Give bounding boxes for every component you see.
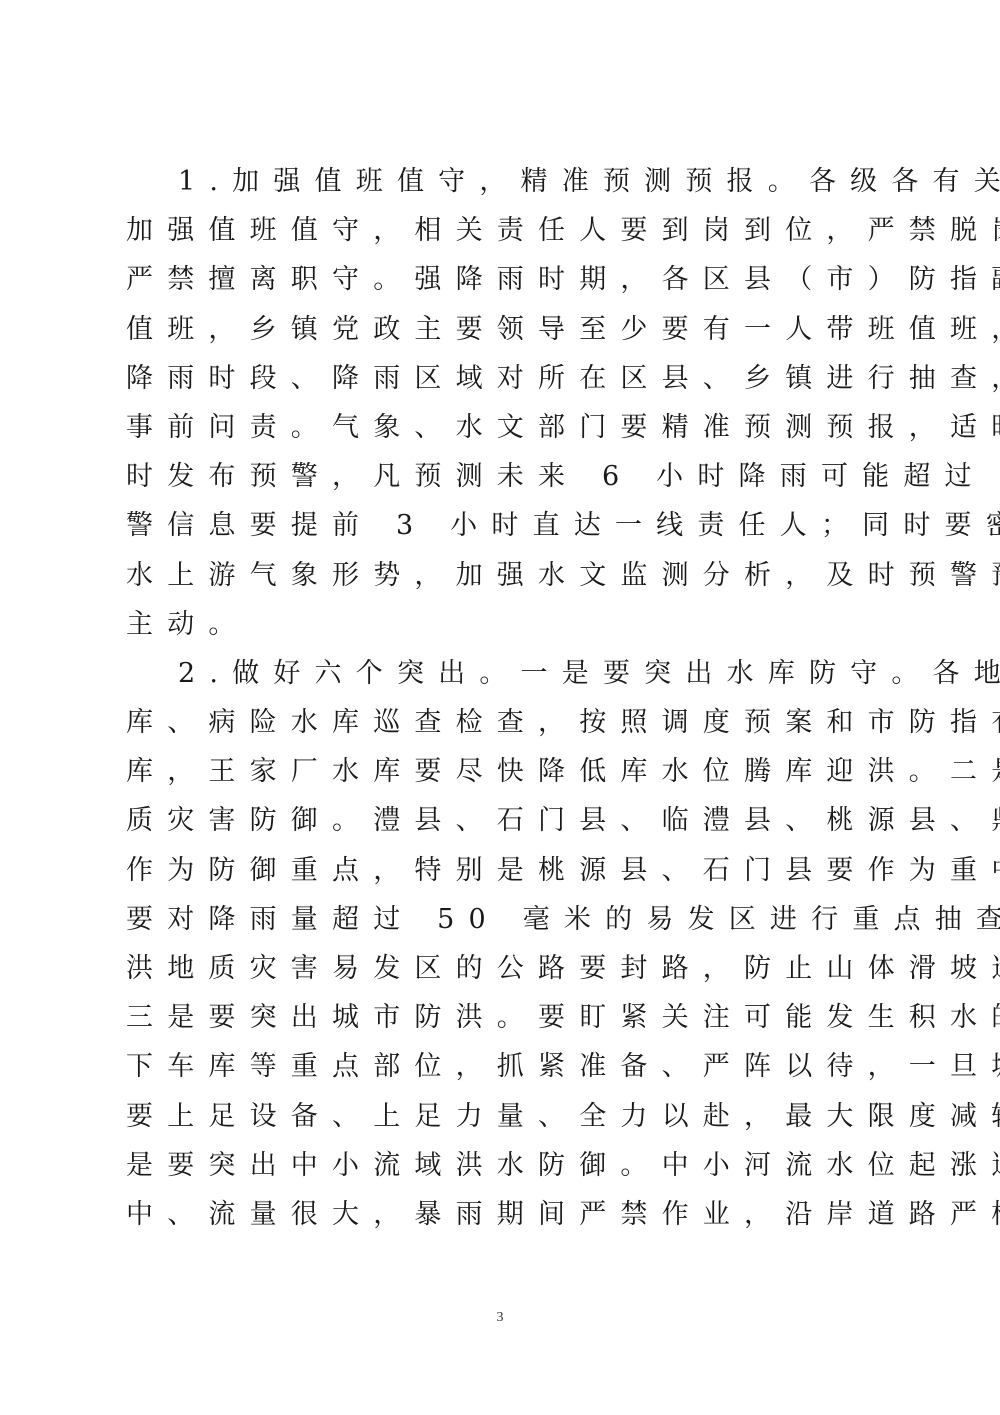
paragraph-1-line-3: 严禁擅离职守。强降雨时期，各区县（市）防指副指挥长要带班 [126, 255, 876, 304]
paragraph-1-line-10: 主动。 [126, 600, 876, 649]
paragraph-1-line-4: 值班，乡镇党政主要领导至少要有一人带班值班，市防办要根据 [126, 305, 876, 354]
paragraph-2-line-10: 要上足设备、上足力量、全力以赴，最大限度减轻渍涝损失。四 [126, 1092, 876, 1141]
page-number: 3 [0, 1310, 1000, 1326]
paragraph-1-line-8: 警信息要提前 3 小时直达一线责任人；同时要密切关注掌握沅澧 [126, 501, 876, 550]
paragraph-2-line-5: 作为防御重点，特别是桃源县、石门县要作为重中之重，市防办 [126, 846, 876, 895]
paragraph-1-line-7: 时发布预警，凡预测未来 6 小时降雨可能超过 50 毫米，气象预 [126, 452, 876, 501]
paragraph-1-line-6: 事前问责。气象、水文部门要精准预测预报，适时算好水账，及 [126, 403, 876, 452]
paragraph-2-line-7: 洪地质灾害易发区的公路要封路，防止山体滑坡造成灾害损失。 [126, 944, 876, 993]
document-page: 1.加强值班值守，精准预测预报。各级各有关部门要进一步 加强值班值守，相关责任人… [0, 0, 1000, 1415]
paragraph-2-line-12: 中、流量很大，暴雨期间严禁作业，沿岸道路严格管控。五是要 [126, 1190, 876, 1239]
paragraph-1-line-2: 加强值班值守，相关责任人要到岗到位，严禁脱岗、严禁关机、 [126, 206, 876, 255]
paragraph-1-line-9: 水上游气象形势，加强水文监测分析，及时预警预报，争取工作 [126, 551, 876, 600]
paragraph-1-line-5: 降雨时段、降雨区域对所在区县、乡镇进行抽查，实行脱岗通报、 [126, 354, 876, 403]
paragraph-2-line-2: 库、病险水库巡查检查，按照调度预案和市防指有关要求空库腾 [126, 698, 876, 747]
paragraph-2-line-8: 三是要突出城市防洪。要盯紧关注可能发生积水的低洼地段、地 [126, 993, 876, 1042]
paragraph-2-line-1: 2.做好六个突出。一是要突出水库防守。各地要加强重点水 [126, 649, 876, 698]
paragraph-2-line-11: 是要突出中小流域洪水防御。中小河流水位起涨速度快，汇流集 [126, 1141, 876, 1190]
body-text: 1.加强值班值守，精准预测预报。各级各有关部门要进一步 加强值班值守，相关责任人… [126, 157, 876, 1239]
paragraph-2-line-4: 质灾害防御。澧县、石门县、临澧县、桃源县、鼎城区的山区要 [126, 796, 876, 845]
paragraph-2-line-6: 要对降雨量超过 50 毫米的易发区进行重点抽查。暴雨期间，山 [126, 895, 876, 944]
paragraph-1-line-1: 1.加强值班值守，精准预测预报。各级各有关部门要进一步 [126, 157, 876, 206]
paragraph-2-line-3: 库，王家厂水库要尽快降低库水位腾库迎洪。二是要突出山洪地 [126, 747, 876, 796]
paragraph-2-line-9: 下车库等重点部位，抓紧准备、严阵以待，一旦城区遭遇强降雨， [126, 1042, 876, 1091]
